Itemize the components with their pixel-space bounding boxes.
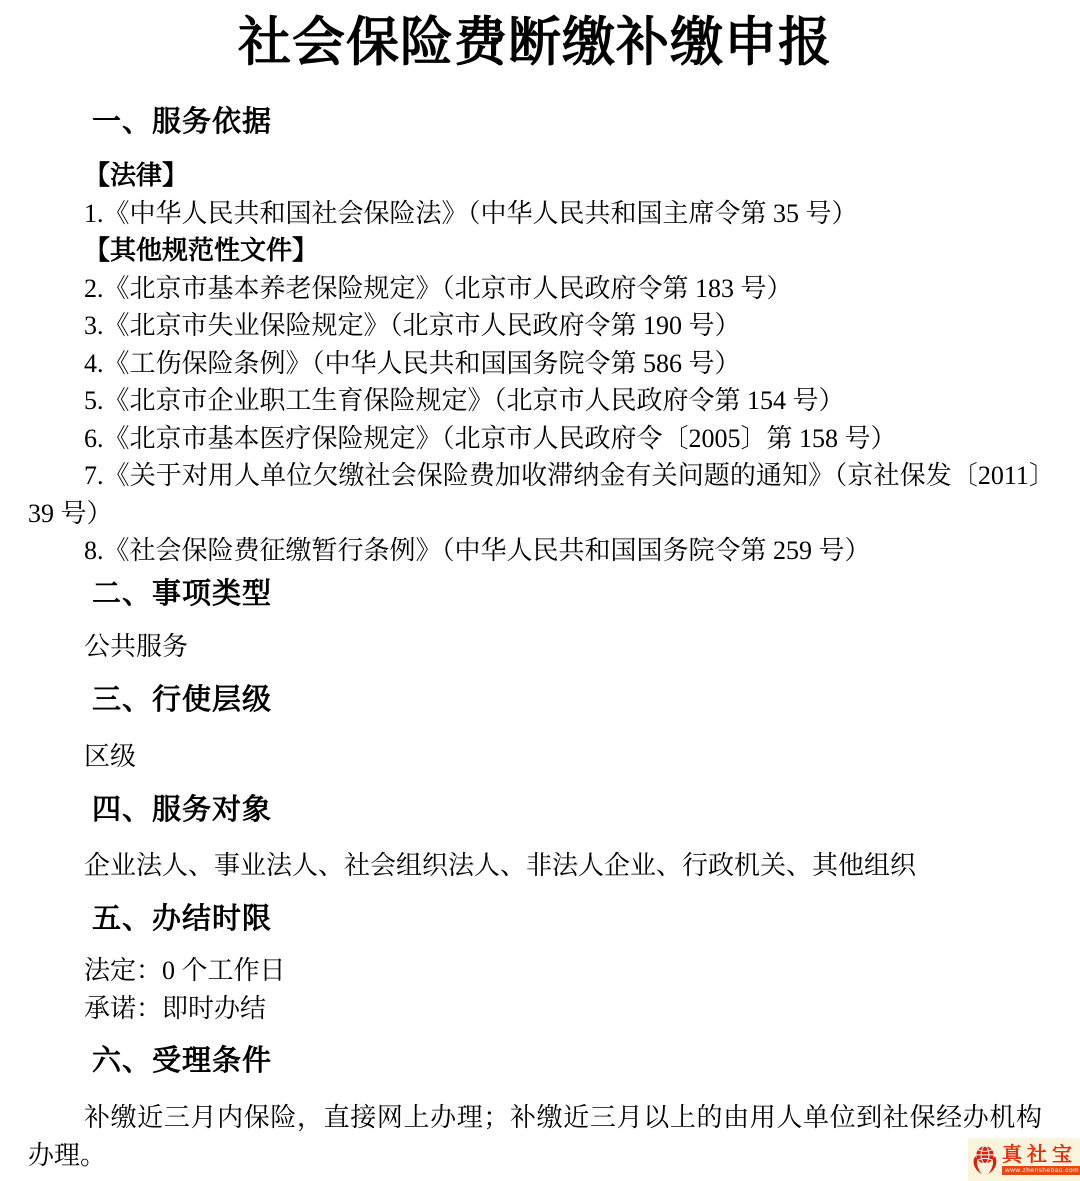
section-heading-exercise-level: 三、行使层级 <box>28 682 1042 718</box>
section-heading-acceptance-conditions: 六、受理条件 <box>28 1043 1042 1079</box>
section-service-target: 四、服务对象 企业法人、事业法人、社会组织法人、非法人企业、行政机关、其他组织 <box>28 792 1042 885</box>
completion-time-promised: 承诺：即时办结 <box>28 990 1042 1028</box>
watermark-website: www.zhenshebao.com <box>1002 1166 1080 1175</box>
legal-item-4: 4.《工伤保险条例》（中华人民共和国国务院令第 586 号） <box>28 345 1042 383</box>
legal-group-label-other-documents: 【其他规范性文件】 <box>28 232 1042 270</box>
section-exercise-level: 三、行使层级 区级 <box>28 682 1042 776</box>
legal-item-7: 7.《关于对用人单位欠缴社会保险费加收滞纳金有关问题的通知》（京社保发〔2011… <box>28 457 1042 532</box>
legal-item-6: 6.《北京市基本医疗保险规定》（北京市人民政府令〔2005〕第 158 号） <box>28 420 1042 458</box>
service-target-value: 企业法人、事业法人、社会组织法人、非法人企业、行政机关、其他组织 <box>28 847 1042 885</box>
zhenshebao-watermark: 真社宝 www.zhenshebao.com <box>968 1138 1080 1181</box>
legal-item-1: 1.《中华人民共和国社会保险法》（中华人民共和国主席令第 35 号） <box>28 195 1042 233</box>
acceptance-conditions-text: 补缴近三月内保险，直接网上办理；补缴近三月以上的由用人单位到社保经办机构办理。 <box>28 1099 1042 1175</box>
document-page: 社会保险费断缴补缴申报 一、服务依据 【法律】 1.《中华人民共和国社会保险法》… <box>0 0 1080 1181</box>
section-item-type: 二、事项类型 公共服务 <box>28 576 1042 666</box>
completion-time-statutory: 法定：0 个工作日 <box>28 952 1042 990</box>
section-heading-completion-time: 五、办结时限 <box>28 901 1042 937</box>
exercise-level-value: 区级 <box>28 738 1042 776</box>
legal-item-2: 2.《北京市基本养老保险规定》（北京市人民政府令第 183 号） <box>28 270 1042 308</box>
legal-item-8: 8.《社会保险费征缴暂行条例》（中华人民共和国国务院令第 259 号） <box>28 532 1042 570</box>
watermark-text-block: 真社宝 www.zhenshebao.com <box>1002 1144 1080 1175</box>
hands-globe-icon <box>970 1142 1000 1178</box>
section-service-basis: 一、服务依据 【法律】 1.《中华人民共和国社会保险法》（中华人民共和国主席令第… <box>28 104 1042 570</box>
completion-time-lines: 法定：0 个工作日 承诺：即时办结 <box>28 952 1042 1028</box>
document-title: 社会保险费断缴补缴申报 <box>28 8 1042 78</box>
watermark-brand-name: 真社宝 <box>1002 1144 1077 1166</box>
legal-reference-list: 【法律】 1.《中华人民共和国社会保险法》（中华人民共和国主席令第 35 号） … <box>28 157 1042 570</box>
legal-item-5: 5.《北京市企业职工生育保险规定》（北京市人民政府令第 154 号） <box>28 382 1042 420</box>
legal-group-label-law: 【法律】 <box>28 157 1042 195</box>
item-type-value: 公共服务 <box>28 628 1042 666</box>
section-acceptance-conditions: 六、受理条件 补缴近三月内保险，直接网上办理；补缴近三月以上的由用人单位到社保经… <box>28 1043 1042 1175</box>
section-heading-item-type: 二、事项类型 <box>28 576 1042 612</box>
section-heading-service-basis: 一、服务依据 <box>28 104 1042 140</box>
legal-item-3: 3.《北京市失业保险规定》（北京市人民政府令第 190 号） <box>28 307 1042 345</box>
section-heading-service-target: 四、服务对象 <box>28 792 1042 828</box>
section-completion-time: 五、办结时限 法定：0 个工作日 承诺：即时办结 <box>28 901 1042 1028</box>
